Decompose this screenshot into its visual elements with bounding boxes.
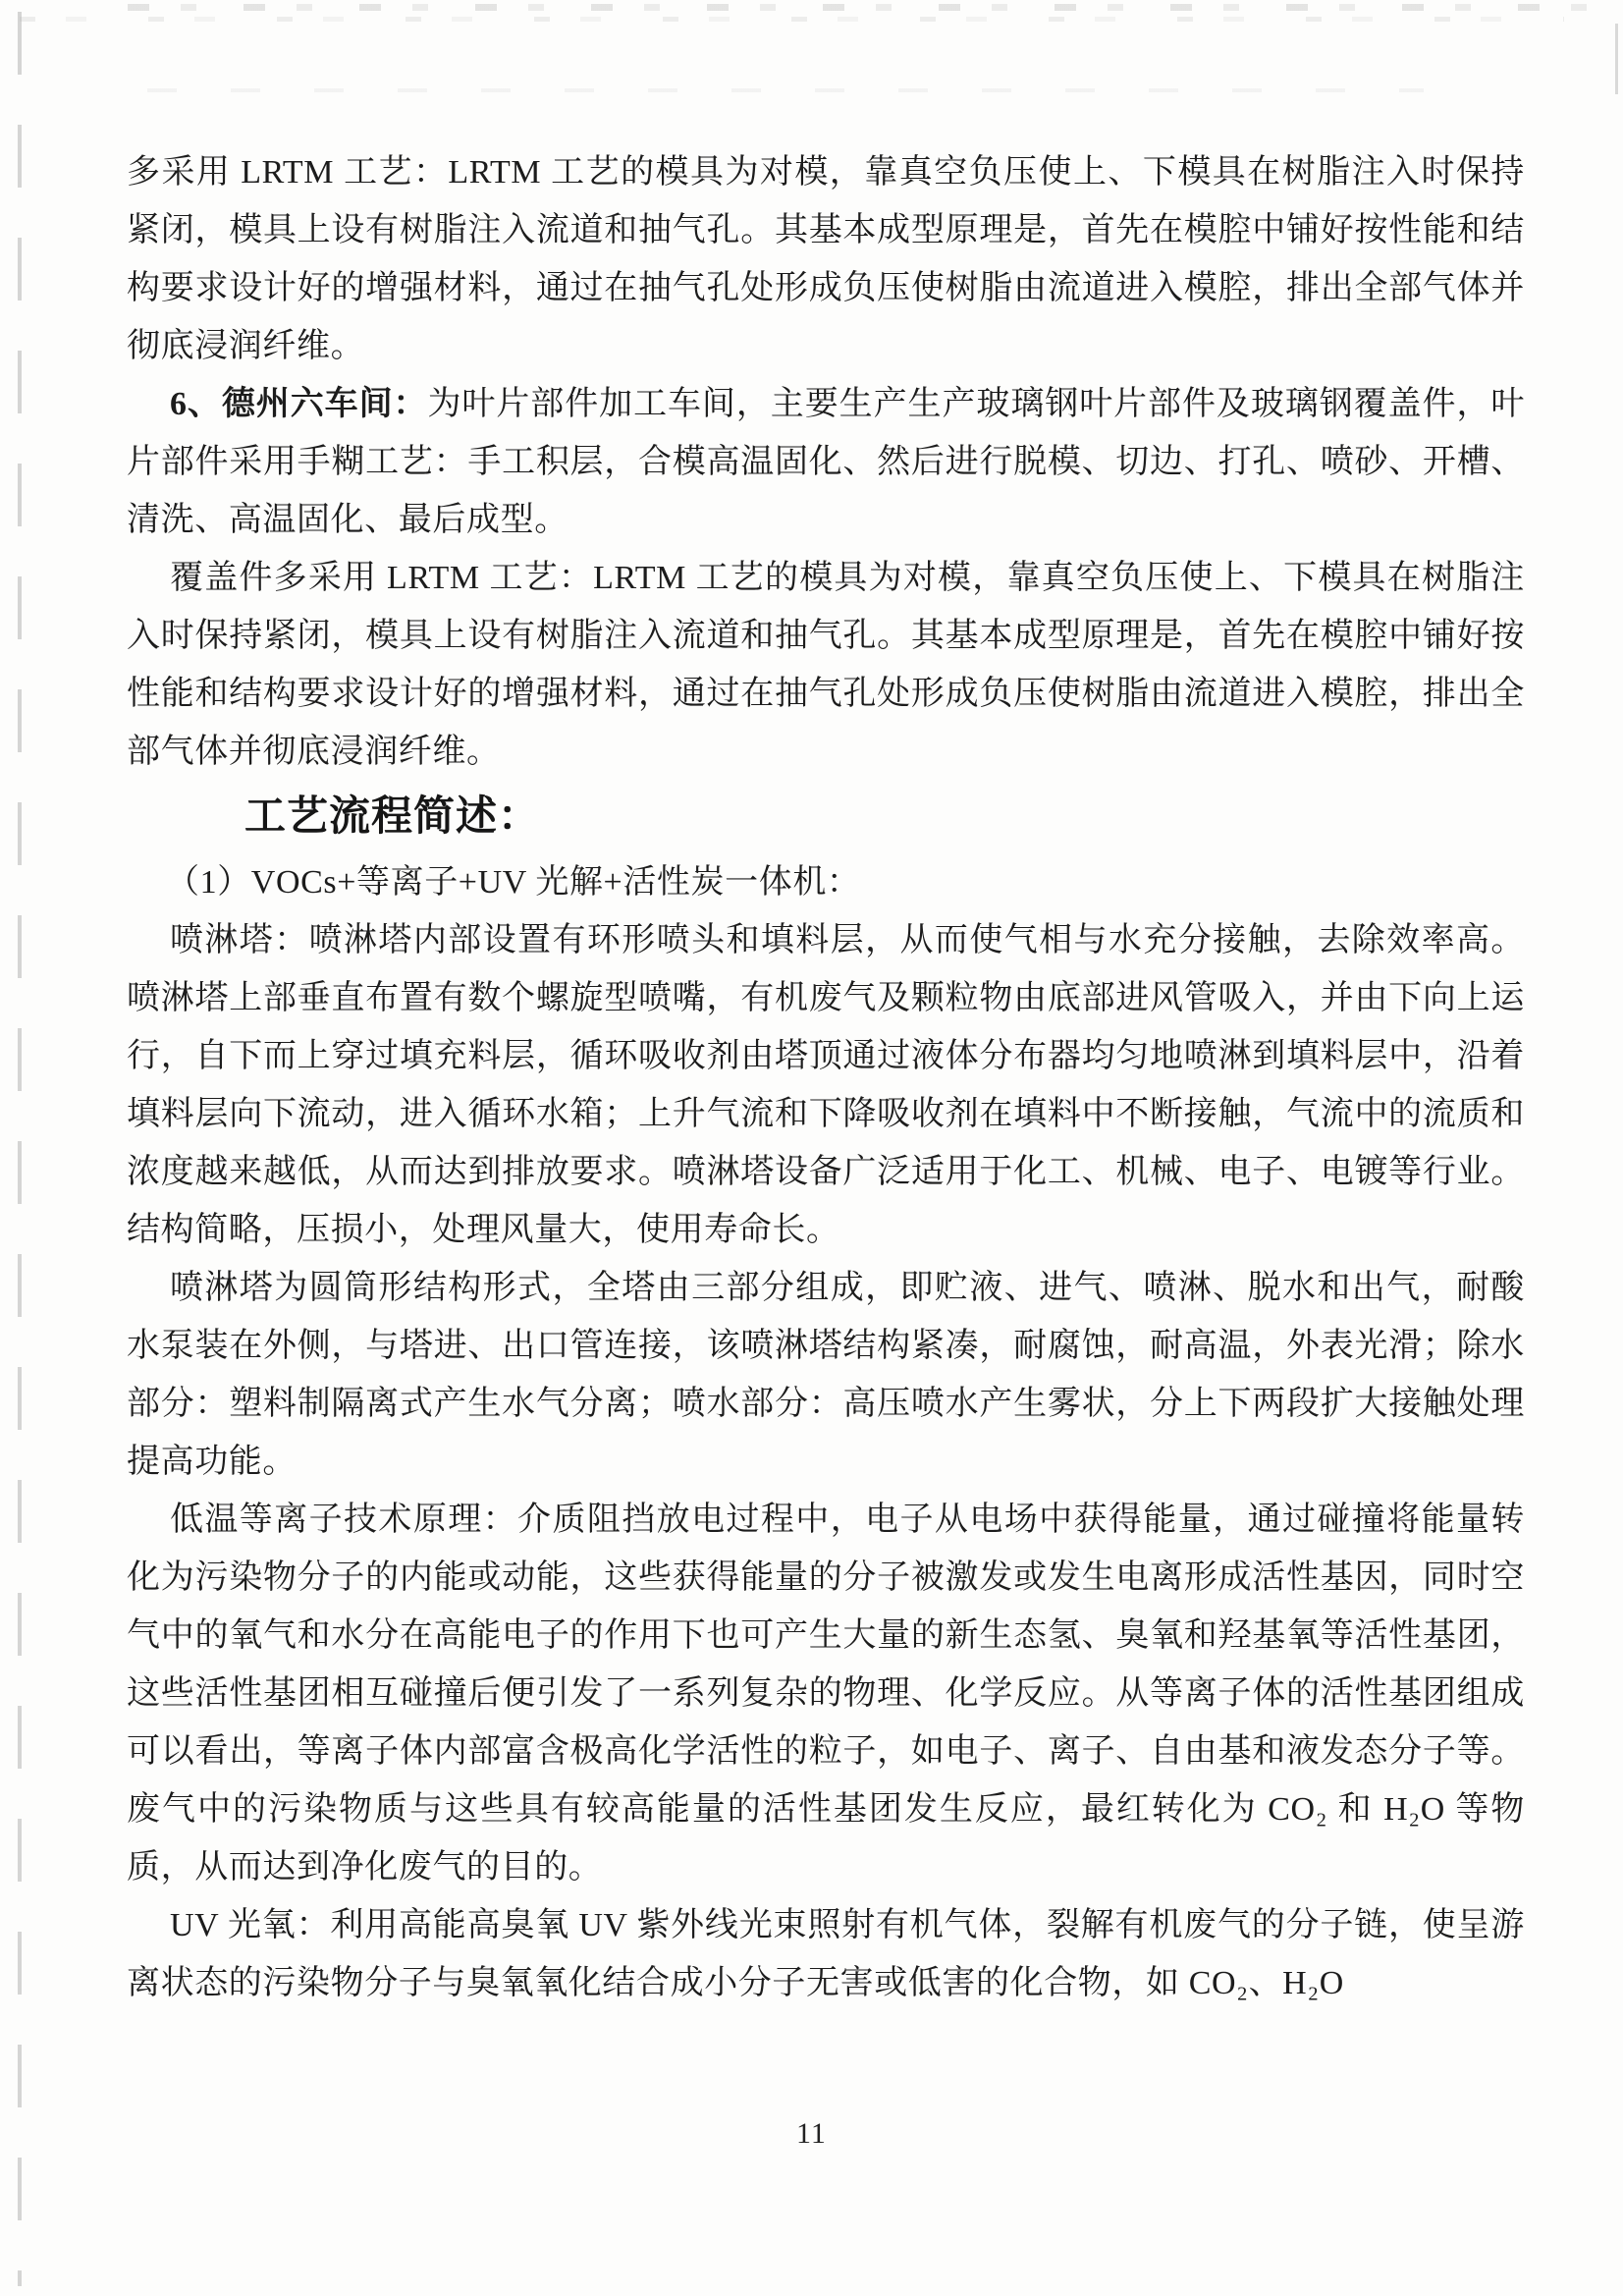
paragraph-uv-photo-oxidation: UV 光氧：利用高能高臭氧 UV 紫外线光束照射有机气体，裂解有机废气的分子链，…: [127, 1896, 1525, 2012]
scan-noise-strip-3: [147, 88, 1424, 92]
paragraph-spray-tower-description: 喷淋塔：喷淋塔内部设置有环形喷头和填料层，从而使气相与水充分接触，去除效率高。喷…: [127, 911, 1525, 1259]
paragraph-spray-tower-structure: 喷淋塔为圆筒形结构形式，全塔由三部分组成，即贮液、进气、喷淋、脱水和出气，耐酸水…: [127, 1259, 1525, 1491]
page-number: 11: [0, 2117, 1623, 2151]
section-heading-process-flow: 工艺流程简述：: [244, 786, 1525, 848]
document-body: 多采用 LRTM 工艺：LRTM 工艺的模具为对模，靠真空负压使上、下模具在树脂…: [127, 143, 1525, 2012]
scan-noise-strip-2: [20, 17, 1564, 22]
paragraph-dezhou-workshop-6: 6、德州六车间：为叶片部件加工车间，主要生产生产玻璃钢叶片部件及玻璃钢覆盖件，叶…: [127, 375, 1525, 549]
paragraph-lrtm-process-continued: 多采用 LRTM 工艺：LRTM 工艺的模具为对模，靠真空负压使上、下模具在树脂…: [127, 143, 1525, 375]
paragraph-lead-dezhou-workshop-6: 6、德州六车间：: [170, 386, 427, 422]
scan-edge-artifact: [1615, 24, 1618, 94]
scanned-document-page: 多采用 LRTM 工艺：LRTM 工艺的模具为对模，靠真空负压使上、下模具在树脂…: [0, 0, 1623, 2296]
paragraph-vocs-unit-title: （1）VOCs+等离子+UV 光解+活性炭一体机：: [127, 853, 1525, 911]
paragraph-low-temp-plasma-principle: 低温等离子技术原理：介质阻挡放电过程中，电子从电场中获得能量，通过碰撞将能量转化…: [127, 1491, 1525, 1896]
binding-marks: [18, 12, 22, 2286]
scan-noise-strip: [128, 4, 1613, 11]
paragraph-cover-parts-lrtm: 覆盖件多采用 LRTM 工艺：LRTM 工艺的模具为对模，靠真空负压使上、下模具…: [127, 549, 1525, 781]
